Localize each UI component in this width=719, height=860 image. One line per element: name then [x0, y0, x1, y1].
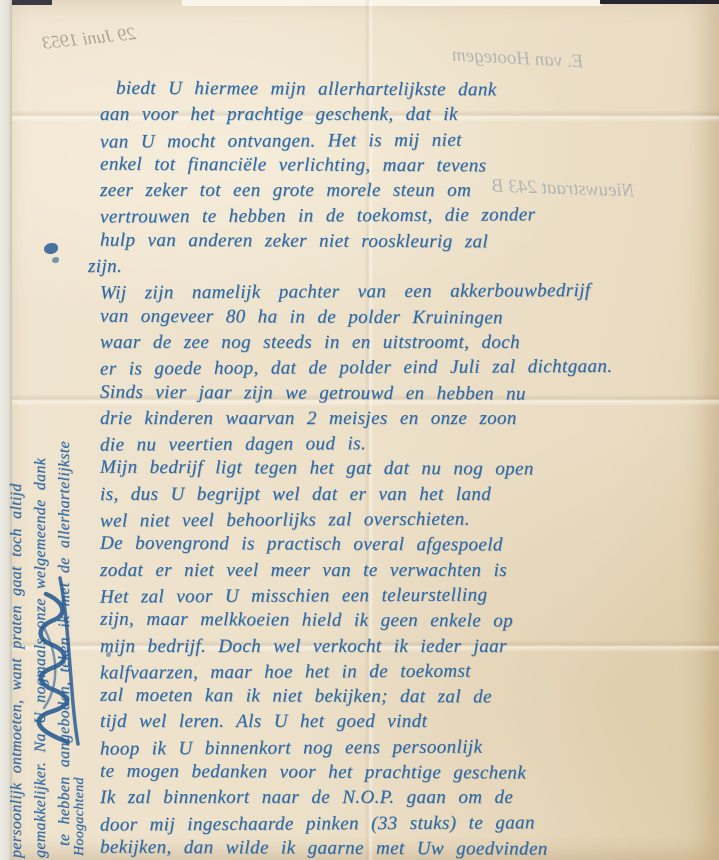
letter-line: hulp van anderen zeker niet rooskleurig …: [100, 227, 703, 255]
letter-line: wel niet veel behoorlijks zal overschiet…: [100, 505, 703, 533]
letter-line: drie kinderen waarvan 2 meisjes en onze …: [100, 406, 703, 431]
letter-line: Sinds vier jaar zijn we getrouwd en hebb…: [100, 379, 703, 407]
letter-line: waar de zee nog steeds in en uitstroomt,…: [100, 330, 703, 355]
letter-line: Mijn bedrijf ligt tegen het gat dat nu n…: [100, 455, 703, 483]
letter-paper: 29 Juni 1953 E. van Hootegem Nieuwstraat…: [12, 0, 719, 860]
letter-line: zijn, maar melkkoeien hield ik geen enke…: [100, 607, 703, 635]
letter-line: die nu veertien dagen oud is.: [100, 430, 703, 458]
bleedthrough-date-text: 29 Juni 1953: [41, 23, 137, 54]
letter-line: zijn.: [88, 254, 703, 279]
letter-line: is, dus U begrijpt wel dat er van het la…: [100, 482, 703, 507]
letter-line: biedt U hiermee mijn allerhartelijkste d…: [116, 76, 703, 104]
signature: [24, 573, 91, 748]
letter-line: Het zal voor U misschien een teleurstell…: [100, 581, 703, 609]
letter-line: mijn bedrijf. Doch wel verkocht ik ieder…: [100, 634, 703, 659]
letter-line: kalfvaarzen, maar hoe het in de toekomst: [100, 657, 703, 685]
scan-artifact-top-left: [12, 0, 52, 5]
scan-artifact-top-right: [600, 0, 719, 4]
scanned-letter: 29 Juni 1953 E. van Hootegem Nieuwstraat…: [0, 0, 719, 860]
letter-line: er is goede hoop, dat de polder eind Jul…: [100, 354, 703, 382]
letter-line: van ongeveer 80 ha in de polder Kruining…: [100, 303, 703, 331]
letter-line: hoop ik U binnenkort nog eens persoonlij…: [100, 733, 703, 761]
letter-line: te mogen bedanken voor het prachtige ges…: [100, 759, 703, 787]
letter-line: De bovengrond is practisch overal afgesp…: [100, 531, 703, 559]
letter-line: Wij zijn namelijk pachter van een akkerb…: [100, 278, 703, 306]
scan-artifact-top-strip: [182, 0, 602, 6]
letter-body: biedt U hiermee mijn allerhartelijkste d…: [100, 77, 703, 860]
signature-flourish: [24, 573, 86, 748]
bleedthrough-sender-name-text: E. van Hootegem: [452, 45, 584, 74]
letter-line: aan voor het prachtige geschenk, dat ik: [100, 102, 703, 127]
letter-line: zeer zeker tot een grote morele steun om: [100, 178, 703, 203]
letter-line: van U mocht ontvangen. Het is mij niet: [100, 126, 703, 154]
bleedthrough-date: 29 Juni 1953: [41, 23, 137, 54]
letter-line: Ik zal binnenkort naar de N.O.P. gaan om…: [100, 785, 703, 810]
letter-line: zodat er niet veel meer van te verwachte…: [100, 558, 703, 583]
letter-line: enkel tot financiële verlichting, maar t…: [100, 152, 703, 180]
margin-closing: Hoogachtend: [72, 777, 88, 856]
letter-line: bekijken, dan wilde ik gaarne met Uw goe…: [100, 835, 703, 860]
letter-line: vertrouwen te hebben in de toekomst, die…: [100, 202, 703, 230]
bleedthrough-sender-name: E. van Hootegem: [452, 45, 584, 74]
letter-line: tijd wel leren. Als U het goed vindt: [100, 709, 703, 734]
letter-line: zal moeten kan ik niet bekijken; dat zal…: [100, 683, 703, 711]
letter-line: door mij ingeschaarde pinken (33 stuks) …: [100, 809, 703, 837]
